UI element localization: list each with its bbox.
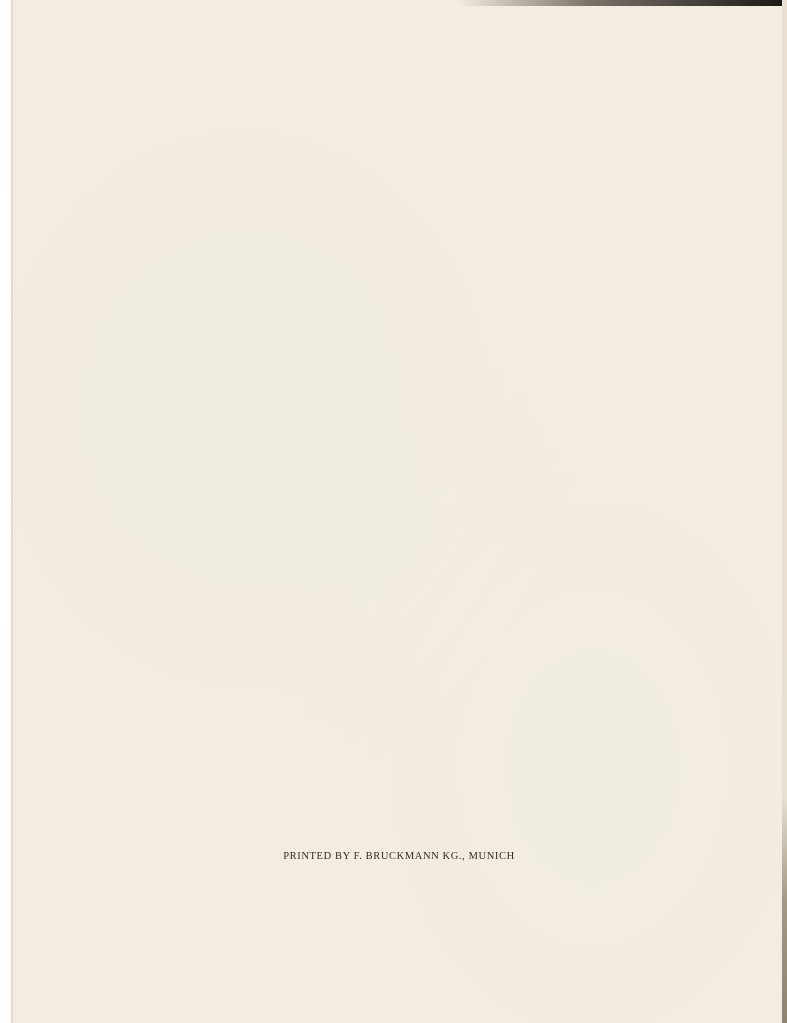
printer-colophon: PRINTED BY F. BRUCKMANN KG., MUNICH bbox=[11, 851, 787, 862]
book-page: PRINTED BY F. BRUCKMANN KG., MUNICH bbox=[11, 0, 787, 1023]
page-right-edge bbox=[782, 0, 787, 1023]
page-top-shadow bbox=[457, 0, 787, 6]
page-left-edge bbox=[11, 0, 13, 1023]
